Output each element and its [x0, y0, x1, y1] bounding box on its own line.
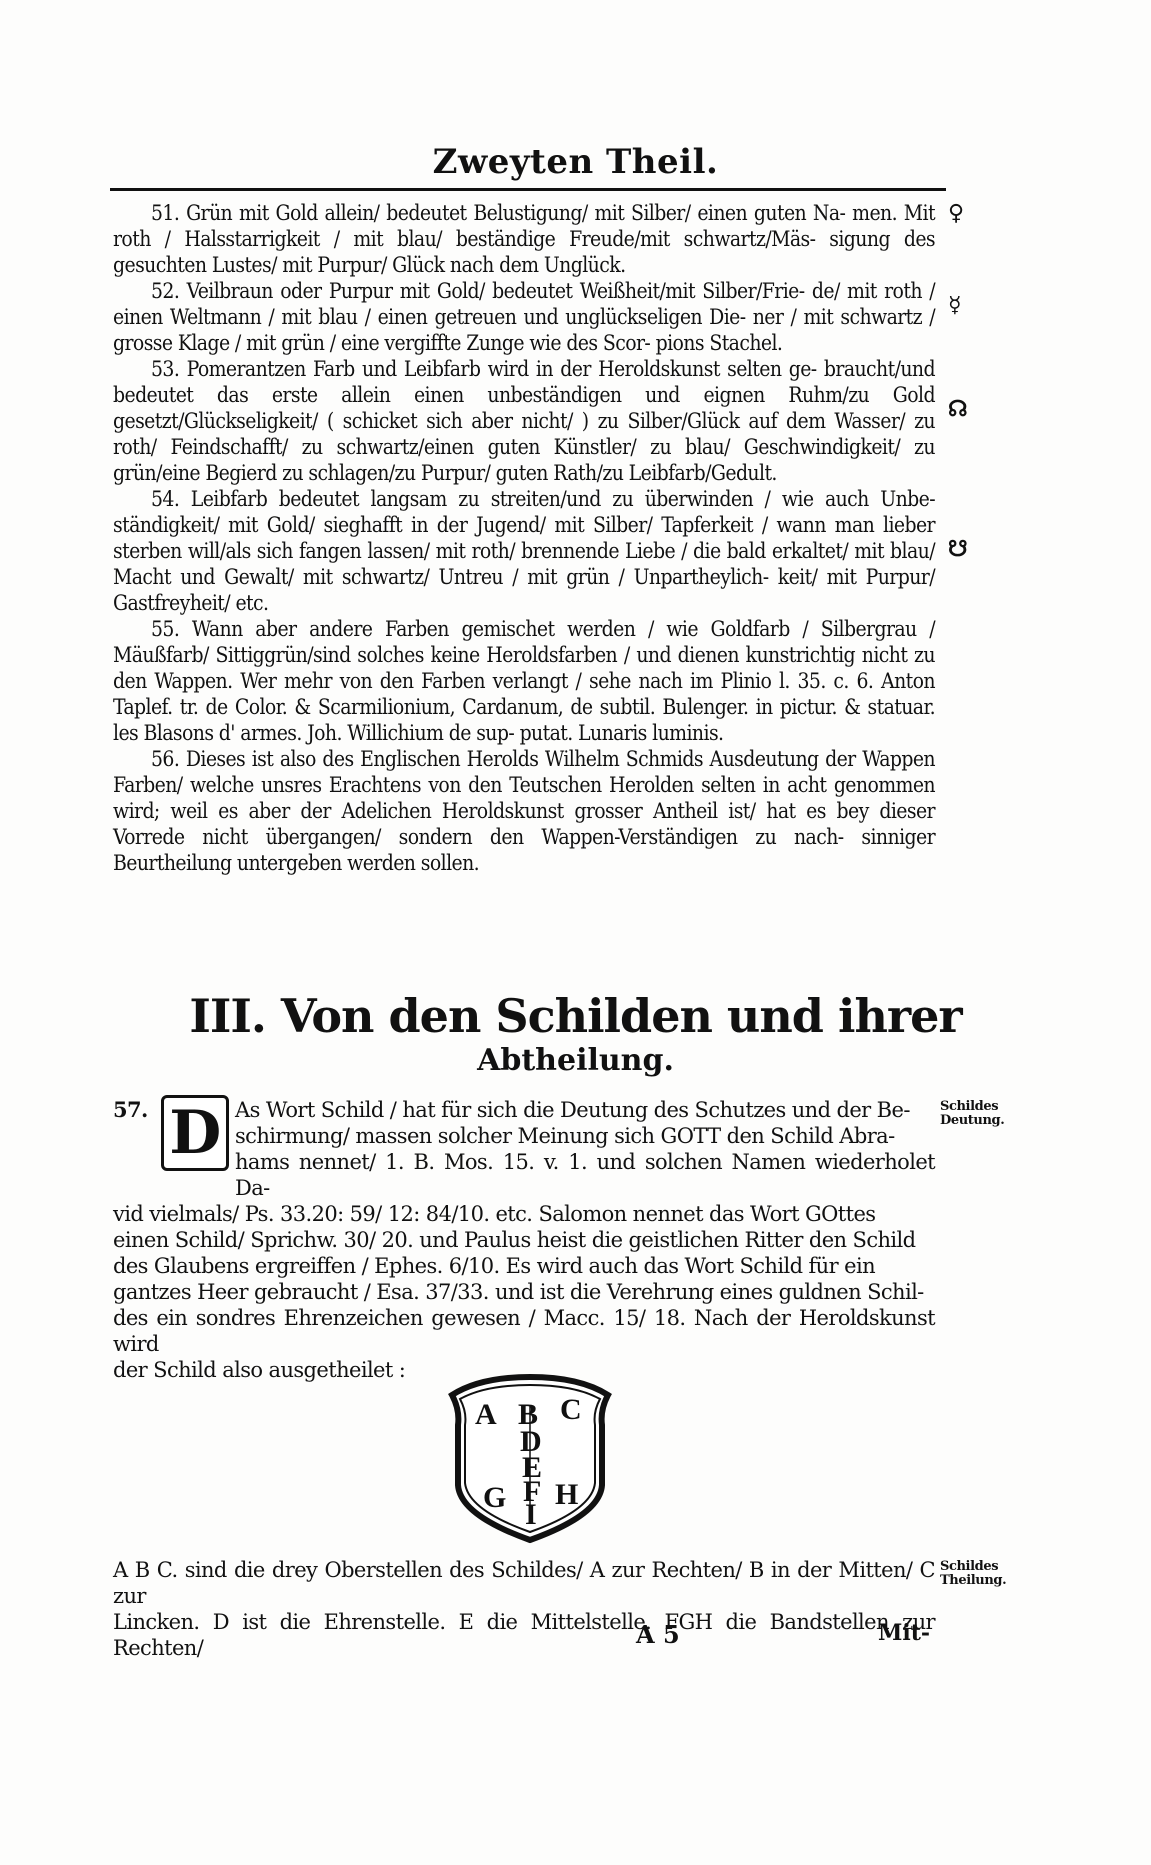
paragraph-53: 53. Pomerantzen Farb und Leibfarb wird i… — [113, 356, 935, 486]
body-text: 51. Grün mit Gold allein/ bedeutet Belus… — [113, 200, 935, 876]
section-title: III. Von den Schilden und ihrer — [0, 990, 1151, 1042]
margin-note-schildes-theilung: Schildes Theilung. — [940, 1560, 1020, 1588]
shield-letter-i: I — [525, 1500, 537, 1530]
signature-mark: A 5 — [636, 1620, 680, 1649]
section-subtitle: Abtheilung. — [0, 1044, 1151, 1078]
heraldic-shield-diagram: A B C D E F G H I — [440, 1365, 620, 1545]
paragraph-56: 56. Dieses ist also des Englischen Herol… — [113, 746, 935, 876]
paragraph-51: 51. Grün mit Gold allein/ bedeutet Belus… — [113, 200, 935, 278]
catchword: Mit- — [878, 1620, 930, 1646]
paragraph-number: 57. — [113, 1097, 148, 1123]
dragon-head-symbol-icon: ☊ — [948, 396, 968, 422]
shield-letter-a: A — [475, 1400, 497, 1430]
shield-letter-c: C — [560, 1395, 582, 1425]
venus-symbol-icon: ♀ — [948, 200, 964, 226]
header-rule — [110, 188, 946, 191]
margin-note-schildes-deutung: Schildes Deutung. — [940, 1100, 1020, 1128]
paragraph-55: 55. Wann aber andere Farben gemischet we… — [113, 616, 935, 746]
footer-paragraph: A B C. sind die drey Oberstellen des Sch… — [113, 1557, 935, 1661]
paragraph-57: 57. D As Wort Schild / hat für sich die … — [113, 1097, 935, 1383]
mercury-symbol-icon: ☿ — [948, 292, 962, 318]
decorated-dropcap: D — [161, 1095, 229, 1171]
shield-letter-g: G — [483, 1483, 506, 1513]
book-page: Zweyten Theil. 51. Grün mit Gold allein/… — [0, 0, 1151, 1865]
running-head: Zweyten Theil. — [0, 142, 1151, 182]
paragraph-52: 52. Veilbraun oder Purpur mit Gold/ bede… — [113, 278, 935, 356]
paragraph-54: 54. Leibfarb bedeutet langsam zu streite… — [113, 486, 935, 616]
shield-letter-h: H — [555, 1480, 578, 1510]
dragon-tail-symbol-icon: ☋ — [948, 536, 968, 562]
